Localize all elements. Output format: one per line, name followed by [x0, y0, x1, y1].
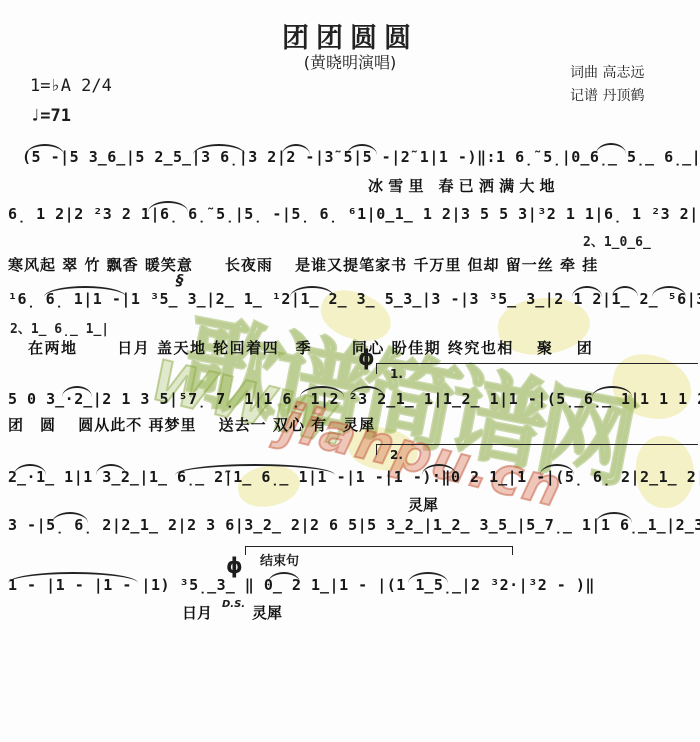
- lyrics-line-4: 团 圆 圆从此不 再梦里 送去一 双心 有 灵犀: [8, 414, 375, 435]
- lyrics-line-3: 在两地 日月 盖天地 轮回着四 季 同心 盼佳期 终究也相 聚 团: [28, 337, 593, 358]
- alt-ending-notes-line-2: 2、1̲0̲6̲: [583, 231, 651, 250]
- segno-icon: §: [176, 271, 184, 289]
- sheet-music-page: 歌谱简谱网 WWW. jianpu.cn 团团圆圆 (黄晓明演唱) 词曲 高志远…: [0, 0, 700, 742]
- alt-ending-notes-line-3: 2、1̲ 6̣̲ 1̲|: [10, 318, 109, 337]
- music-line-7: 1 - |1 - |1 - |1) ³5̣̲3̲ ‖ 0̲ 2 1̲|1 - |…: [8, 576, 595, 594]
- music-line-3: ¹6̣ 6̣ 1|1 -|1 ³5̲ 3̲|2̲ 1̲ ¹2|1̲ 2̲ 3̲ …: [8, 290, 700, 308]
- music-line-4: 5 0 3̲·2̲|2 1 3 5|⁵7̣ 7̣ 1|1 6̣ 1|2 ²3 2…: [8, 390, 700, 408]
- volta-2-bracket: [376, 444, 698, 455]
- lyrics-line-1: 冰 雪 里 春 已 洒 满 大 地: [368, 175, 555, 196]
- to-coda-icon: ϕ: [358, 346, 375, 370]
- lyrics-line-2: 寒风起 翠 竹 飘香 暖笑意 长夜雨 是谁又提笔家书 千万里 但却 留一丝 牵 …: [8, 254, 598, 275]
- credits-block: 词曲 高志远 记谱 丹顶鹤: [570, 62, 644, 108]
- music-line-5: 2̲·1̲ 1|1 3̲2̲|1̲ 6̣̲ 2̃|1̲ 6̣̲ 1|1 -|1 …: [8, 468, 700, 486]
- tempo-marking: ♩=71: [30, 106, 71, 126]
- credit-transcriber: 记谱 丹顶鹤: [570, 85, 644, 108]
- music-line-2: 6̣ 1 2|2 ²3 2 1|6̣ 6̣̃ 5̣|5̣ -|5̣ 6̣ ⁶1|…: [8, 205, 700, 223]
- music-line-6: 3 -|5̣ 6̣ 2|2̲1̲ 2|2 3 6|3̲2̲ 2|2 6 5|5 …: [8, 516, 700, 534]
- coda-icon: ϕ: [226, 554, 243, 578]
- ds-marking: D.S.: [222, 599, 245, 610]
- volta-2-label: 2.: [390, 448, 403, 462]
- lyrics-line-7-right: 灵犀: [252, 602, 282, 623]
- lyrics-line-5: 灵犀: [408, 494, 438, 515]
- ending-phrase-label: 结束句: [260, 550, 299, 569]
- key-signature: 1=♭A 2/4: [30, 76, 112, 96]
- lyrics-line-7-left: 日月: [182, 602, 212, 623]
- volta-1-bracket: [376, 363, 698, 374]
- credit-composer: 词曲 高志远: [570, 62, 644, 85]
- music-line-1: (5 -|5 3̲6̲|5 2̲5̲|3 6̣|3 2|2 -|3̃ 5|5 -…: [22, 148, 700, 166]
- volta-1-label: 1.: [390, 367, 403, 381]
